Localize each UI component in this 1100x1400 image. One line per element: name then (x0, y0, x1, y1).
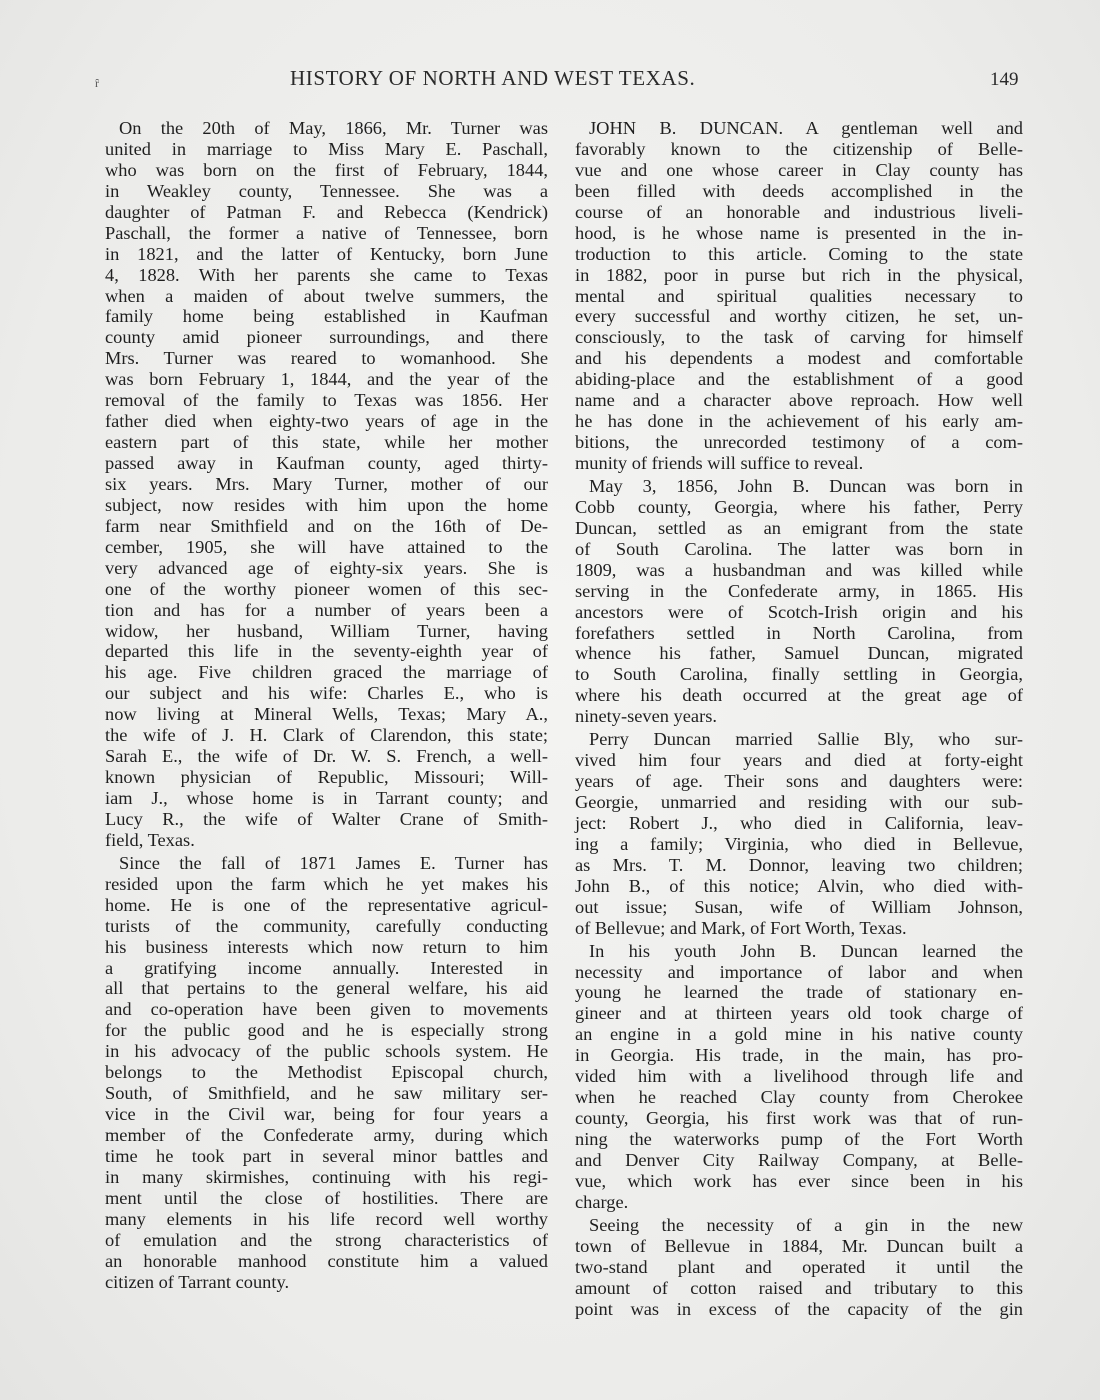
text-line: departed this life in the seventy-eighth… (105, 641, 548, 662)
text-line: of South Carolina. The latter was born i… (575, 539, 1023, 560)
text-line: ing a family; Virginia, who died in Bell… (575, 834, 1023, 855)
text-line: favorably known to the citizenship of Be… (575, 139, 1023, 160)
text-line: munity of friends will suffice to reveal… (575, 453, 1023, 474)
text-line: out issue; Susan, wife of William Johnso… (575, 897, 1023, 918)
paragraph: Seeing the necessity of a gin in the new… (575, 1215, 1023, 1320)
text-line: field, Texas. (105, 830, 548, 851)
text-line: father died when eighty-two years of age… (105, 411, 548, 432)
text-line: Perry Duncan married Sallie Bly, who sur… (575, 729, 1023, 750)
text-line: point was in excess of the capacity of t… (575, 1299, 1023, 1320)
page-number: 149 (990, 69, 1019, 91)
text-line: in many skirmishes, continuing with his … (105, 1167, 548, 1188)
text-line: citizen of Tarrant county. (105, 1272, 548, 1293)
text-line: family home being established in Kaufman (105, 306, 548, 327)
text-line: name and a character above reproach. How… (575, 390, 1023, 411)
text-line: member of the Confederate army, during w… (105, 1125, 548, 1146)
text-line: resided upon the farm which he yet makes… (105, 874, 548, 895)
text-line: forefathers settled in North Carolina, f… (575, 623, 1023, 644)
text-line: ninety-seven years. (575, 706, 1023, 727)
text-line: 1809, was a husbandman and was killed wh… (575, 560, 1023, 581)
text-line: an honorable manhood constitute him a va… (105, 1251, 548, 1272)
text-line: very advanced age of eighty-six years. S… (105, 558, 548, 579)
text-line: the wife of J. H. Clark of Clarendon, th… (105, 725, 548, 746)
text-line: amount of cotton raised and tributary to… (575, 1278, 1023, 1299)
text-line: mental and spiritual qualities necessary… (575, 286, 1023, 307)
text-line: in 1882, poor in purse but rich in the p… (575, 265, 1023, 286)
text-line: May 3, 1856, John B. Duncan was born in (575, 476, 1023, 497)
text-line: united in marriage to Miss Mary E. Pasch… (105, 139, 548, 160)
book-page: ȓ HISTORY OF NORTH AND WEST TEXAS. 149 … (0, 0, 1100, 1400)
text-line: for the public good and he is especially… (105, 1020, 548, 1041)
text-line: ject: Robert J., who died in California,… (575, 813, 1023, 834)
paragraph: In his youth John B. Duncan learned then… (575, 941, 1023, 1213)
text-line: passed away in Kaufman county, aged thir… (105, 453, 548, 474)
text-line: of Bellevue; and Mark, of Fort Worth, Te… (575, 918, 1023, 939)
text-line: daughter of Patman F. and Rebecca (Kendr… (105, 202, 548, 223)
text-line: our subject and his wife: Charles E., wh… (105, 683, 548, 704)
running-head-title: HISTORY OF NORTH AND WEST TEXAS. (290, 66, 695, 91)
text-line: whence his father, Samuel Duncan, migrat… (575, 643, 1023, 664)
text-line: ancestors were of Scotch-Irish origin an… (575, 602, 1023, 623)
text-line: Paschall, the former a native of Tenness… (105, 223, 548, 244)
text-line: In his youth John B. Duncan learned the (575, 941, 1023, 962)
text-line: when a maiden of about twelve summers, t… (105, 286, 548, 307)
text-line: in his advocacy of the public schools sy… (105, 1041, 548, 1062)
text-line: one of the worthy pioneer women of this … (105, 579, 548, 600)
text-line: necessity and importance of labor and wh… (575, 962, 1023, 983)
text-line: he has done in the achievement of his ea… (575, 411, 1023, 432)
text-line: JOHN B. DUNCAN. A gentleman well and (575, 118, 1023, 139)
text-line: hood, is he whose name is presented in t… (575, 223, 1023, 244)
text-line: his business interests which now return … (105, 937, 548, 958)
text-line: home. He is one of the representative ag… (105, 895, 548, 916)
text-line: farm near Smithfield and on the 16th of … (105, 516, 548, 537)
text-line: tion and has for a number of years been … (105, 600, 548, 621)
text-line: to South Carolina, finally settling in G… (575, 664, 1023, 685)
text-line: as Mrs. T. M. Donnor, leaving two childr… (575, 855, 1023, 876)
text-line: vue and one whose career in Clay county … (575, 160, 1023, 181)
margin-mark: ȓ (95, 76, 98, 91)
text-line: when he reached Clay county from Cheroke… (575, 1087, 1023, 1108)
text-line: John B., of this notice; Alvin, who died… (575, 876, 1023, 897)
text-line: gineer and at thirteen years old took ch… (575, 1003, 1023, 1024)
text-line: iam J., whose home is in Tarrant county;… (105, 788, 548, 809)
text-line: Cobb county, Georgia, where his father, … (575, 497, 1023, 518)
text-line: his age. Five children graced the marria… (105, 662, 548, 683)
paragraph: Perry Duncan married Sallie Bly, who sur… (575, 729, 1023, 938)
text-line: Lucy R., the wife of Walter Crane of Smi… (105, 809, 548, 830)
text-line: been filled with deeds accomplished in t… (575, 181, 1023, 202)
paragraph: On the 20th of May, 1866, Mr. Turner was… (105, 118, 548, 851)
paragraph: JOHN B. DUNCAN. A gentleman well andfavo… (575, 118, 1023, 474)
text-line: vived him four years and died at forty-e… (575, 750, 1023, 771)
text-line: vue, which work has ever since been in h… (575, 1171, 1023, 1192)
text-line: vice in the Civil war, being for four ye… (105, 1104, 548, 1125)
text-line: and co-operation have been given to move… (105, 999, 548, 1020)
text-line: time he took part in several minor battl… (105, 1146, 548, 1167)
text-line: turists of the community, carefully cond… (105, 916, 548, 937)
text-line: subject, now resides with him upon the h… (105, 495, 548, 516)
text-line: in 1821, and the latter of Kentucky, bor… (105, 244, 548, 265)
text-line: county, Georgia, his first work was that… (575, 1108, 1023, 1129)
text-line: serving in the Confederate army, in 1865… (575, 581, 1023, 602)
text-line: Since the fall of 1871 James E. Turner h… (105, 853, 548, 874)
text-line: ning the waterworks pump of the Fort Wor… (575, 1129, 1023, 1150)
text-line: South, of Smithfield, and he saw militar… (105, 1083, 548, 1104)
text-line: many elements in his life record well wo… (105, 1209, 548, 1230)
text-line: Sarah E., the wife of Dr. W. S. French, … (105, 746, 548, 767)
text-line: where his death occurred at the great ag… (575, 685, 1023, 706)
paragraph: May 3, 1856, John B. Duncan was born inC… (575, 476, 1023, 727)
text-line: young he learned the trade of stationary… (575, 982, 1023, 1003)
text-line: widow, her husband, William Turner, havi… (105, 621, 548, 642)
text-line: troduction to this article. Coming to th… (575, 244, 1023, 265)
text-line: every successful and worthy citizen, he … (575, 306, 1023, 327)
paragraph: Since the fall of 1871 James E. Turner h… (105, 853, 548, 1293)
text-line: in Weakley county, Tennessee. She was a (105, 181, 548, 202)
text-line: removal of the family to Texas was 1856.… (105, 390, 548, 411)
text-line: Seeing the necessity of a gin in the new (575, 1215, 1023, 1236)
text-line: known physician of Republic, Missouri; W… (105, 767, 548, 788)
text-line: and Denver City Railway Company, at Bell… (575, 1150, 1023, 1171)
text-line: eastern part of this state, while her mo… (105, 432, 548, 453)
text-line: was born February 1, 1844, and the year … (105, 369, 548, 390)
text-line: ment until the close of hostilities. The… (105, 1188, 548, 1209)
text-line: Mrs. Turner was reared to womanhood. She (105, 348, 548, 369)
text-line: consciously, to the task of carving for … (575, 327, 1023, 348)
text-line: and his dependents a modest and comforta… (575, 348, 1023, 369)
text-line: Duncan, settled as an emigrant from the … (575, 518, 1023, 539)
text-line: a gratifying income annually. Interested… (105, 958, 548, 979)
text-line: Georgie, unmarried and residing with our… (575, 792, 1023, 813)
text-line: all that pertains to the general welfare… (105, 978, 548, 999)
text-line: 4, 1828. With her parents she came to Te… (105, 265, 548, 286)
text-line: in Georgia. His trade, in the main, has … (575, 1045, 1023, 1066)
text-line: years of age. Their sons and daughters w… (575, 771, 1023, 792)
text-line: six years. Mrs. Mary Turner, mother of o… (105, 474, 548, 495)
text-line: cember, 1905, she will have attained to … (105, 537, 548, 558)
text-line: vided him with a livelihood through life… (575, 1066, 1023, 1087)
text-line: town of Bellevue in 1884, Mr. Duncan bui… (575, 1236, 1023, 1257)
text-line: abiding-place and the establishment of a… (575, 369, 1023, 390)
text-line: who was born on the first of February, 1… (105, 160, 548, 181)
text-line: county amid pioneer surroundings, and th… (105, 327, 548, 348)
text-line: course of an honorable and industrious l… (575, 202, 1023, 223)
text-line: an engine in a gold mine in his native c… (575, 1024, 1023, 1045)
text-line: belongs to the Methodist Episcopal churc… (105, 1062, 548, 1083)
left-column: On the 20th of May, 1866, Mr. Turner was… (105, 118, 548, 1293)
text-line: On the 20th of May, 1866, Mr. Turner was (105, 118, 548, 139)
right-column: JOHN B. DUNCAN. A gentleman well andfavo… (575, 118, 1023, 1319)
text-line: now living at Mineral Wells, Texas; Mary… (105, 704, 548, 725)
text-line: bitions, the unrecorded testimony of a c… (575, 432, 1023, 453)
text-line: two-stand plant and operated it until th… (575, 1257, 1023, 1278)
text-line: of emulation and the strong characterist… (105, 1230, 548, 1251)
text-line: charge. (575, 1192, 1023, 1213)
